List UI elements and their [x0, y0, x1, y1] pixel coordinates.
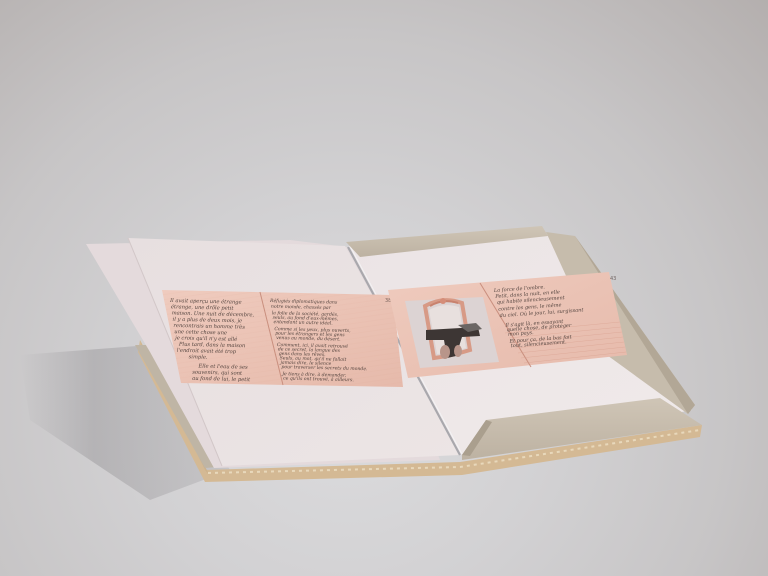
left-notebook-spread: 38 Il avait aperçu une étrange étrange, …: [162, 290, 403, 387]
portfolio-photo-scene: 38 Il avait aperçu une étrange étrange, …: [0, 0, 768, 576]
mirror-photo: [405, 297, 499, 368]
page-number: 43: [610, 276, 616, 282]
